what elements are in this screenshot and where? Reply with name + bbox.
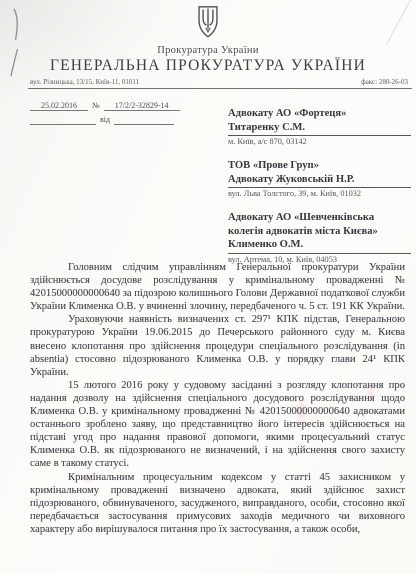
body-paragraph: Головним слідчим управлінням Генеральної… xyxy=(30,261,405,313)
reference-date: 25.02.2016 xyxy=(30,100,88,111)
recipient-name: Адвокату АО «Шевченківська колегія адвок… xyxy=(228,211,411,254)
recipient-name-line: Адвокату АО «Фортеця» xyxy=(228,107,411,121)
reference-incoming-number xyxy=(30,114,96,125)
recipient-name-line: Клименко О.М. xyxy=(228,238,411,252)
reference-number: 17/2/2-32829-14 xyxy=(104,100,180,111)
letter-body: Головним слідчим управлінням Генеральної… xyxy=(30,261,405,536)
recipients-block: Адвокату АО «Фортеця» Титаренку С.М. м. … xyxy=(228,107,411,277)
reference-block: 25.02.2016 № 17/2/2-32829-14 від xyxy=(30,100,190,125)
recipient-name-line: Адвокату Жуковській Н.Р. xyxy=(228,173,411,187)
recipient-name-line: Адвокату АО «Шевченківська xyxy=(228,211,411,225)
recipient-name-line: ТОВ «Прове Груп» xyxy=(228,159,411,173)
recipient-name: ТОВ «Прове Груп» Адвокату Жуковській Н.Р… xyxy=(228,159,411,188)
letterhead-address-row: вул. Різницька, 13/15, Київ-11, 01011 фа… xyxy=(28,78,412,89)
letterhead: Прокуратура України ГЕНЕРАЛЬНА ПРОКУРАТУ… xyxy=(0,0,416,89)
pen-marks xyxy=(0,0,40,90)
recipient-name-line: колегія адвокатів міста Києва» xyxy=(228,225,411,239)
recipient-block: ТОВ «Прове Груп» Адвокату Жуковській Н.Р… xyxy=(228,159,411,198)
org-fax: факс: 280-26-03 xyxy=(361,78,408,86)
recipient-name-line: Титаренку С.М. xyxy=(228,121,411,135)
recipient-address: м. Київ, а/с 870, 03142 xyxy=(228,137,411,146)
org-name-large: ГЕНЕРАЛЬНА ПРОКУРАТУРА УКРАЇНИ xyxy=(0,57,416,75)
reference-vid-label: від xyxy=(100,114,110,125)
body-paragraph: 15 лютого 2016 року у судовому засіданні… xyxy=(30,379,405,471)
ukraine-trident-emblem-icon xyxy=(193,5,223,39)
org-name-small: Прокуратура України xyxy=(0,45,416,56)
body-paragraph: Кримінальним процесуальним кодексом у ст… xyxy=(30,471,405,536)
reference-number-label: № xyxy=(92,100,100,111)
recipient-name: Адвокату АО «Фортеця» Титаренку С.М. xyxy=(228,107,411,136)
recipient-address: вул. Льва Толстого, 39, м. Київ, 01032 xyxy=(228,189,411,198)
recipient-block: Адвокату АО «Шевченківська колегія адвок… xyxy=(228,211,411,264)
recipient-block: Адвокату АО «Фортеця» Титаренку С.М. м. … xyxy=(228,107,411,146)
scanned-letter-page: Прокуратура України ГЕНЕРАЛЬНА ПРОКУРАТУ… xyxy=(0,0,416,574)
reference-incoming-date xyxy=(114,114,174,125)
org-address: вул. Різницька, 13/15, Київ-11, 01011 xyxy=(30,78,139,86)
body-paragraph: Ураховуючи наявність визначених ст. 297¹… xyxy=(30,313,405,378)
